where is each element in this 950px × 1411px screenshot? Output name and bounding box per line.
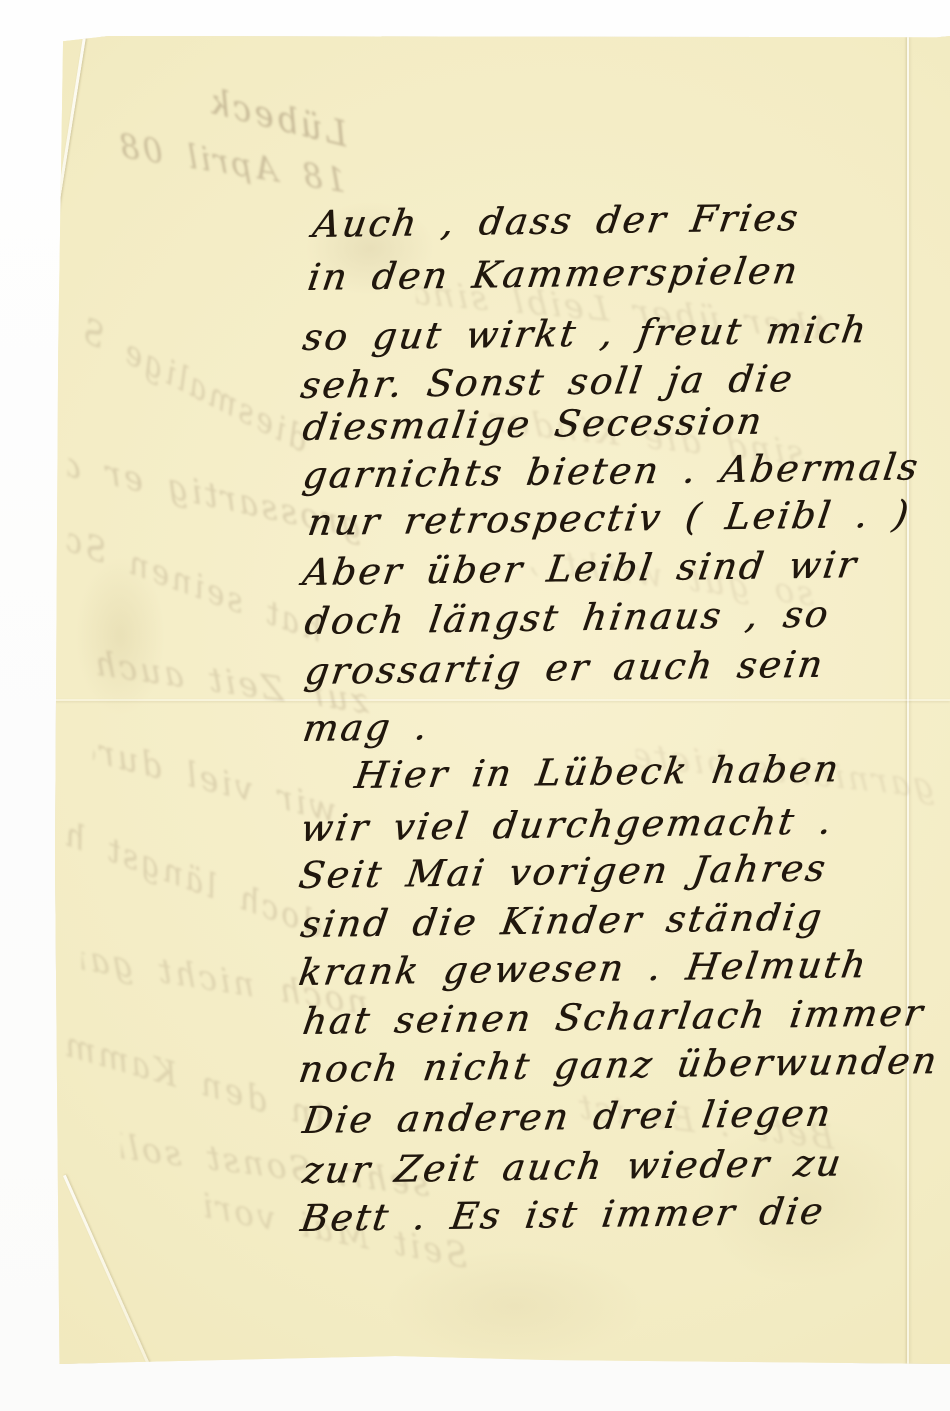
- handwritten-line: Die anderen drei liegen: [300, 1092, 835, 1142]
- handwritten-line: hat seinen Scharlach immer: [300, 991, 928, 1043]
- handwritten-line: Seit Mai vorigen Jahres: [296, 847, 830, 897]
- handwritten-line: krank gewesen . Helmuth: [296, 943, 871, 994]
- handwritten-line: nur retrospectiv ( Leibl . ): [305, 493, 913, 544]
- handwriting-layer: Auch , dass der Friesin den Kammerspiele…: [55, 36, 950, 1364]
- handwritten-line: garnichts bieten . Abermals: [300, 445, 923, 497]
- handwritten-line: diesmalige Secession: [300, 400, 767, 449]
- handwritten-line: Hier in Lübeck haben: [352, 747, 843, 797]
- handwritten-line: Bett . Es ist immer die: [298, 1190, 828, 1240]
- handwritten-line: grossartig er auch sein: [302, 643, 827, 693]
- handwritten-line: so gut wirkt , freut mich: [300, 308, 871, 359]
- handwritten-line: doch längst hinaus , so: [302, 593, 833, 643]
- handwritten-line: noch nicht ganz überwunden .: [296, 1039, 950, 1091]
- handwritten-line: zur Zeit auch wieder zu: [300, 1141, 846, 1192]
- handwritten-line: Aber über Leibl sind wir: [300, 543, 861, 594]
- handwritten-line: sind die Kinder ständig: [298, 896, 826, 946]
- handwritten-line: mag .: [300, 705, 432, 750]
- scanned-letter-page: { "letter": { "language": "German", "scr…: [0, 0, 950, 1411]
- handwritten-line: Auch , dass der Fries: [310, 196, 803, 246]
- letter-paper-sheet: Lübeck18 April 08Aber über Leibl sind wi…: [55, 36, 950, 1364]
- handwritten-line: wir viel durchgemacht .: [298, 800, 836, 850]
- handwritten-line: in den Kammerspielen: [305, 249, 802, 299]
